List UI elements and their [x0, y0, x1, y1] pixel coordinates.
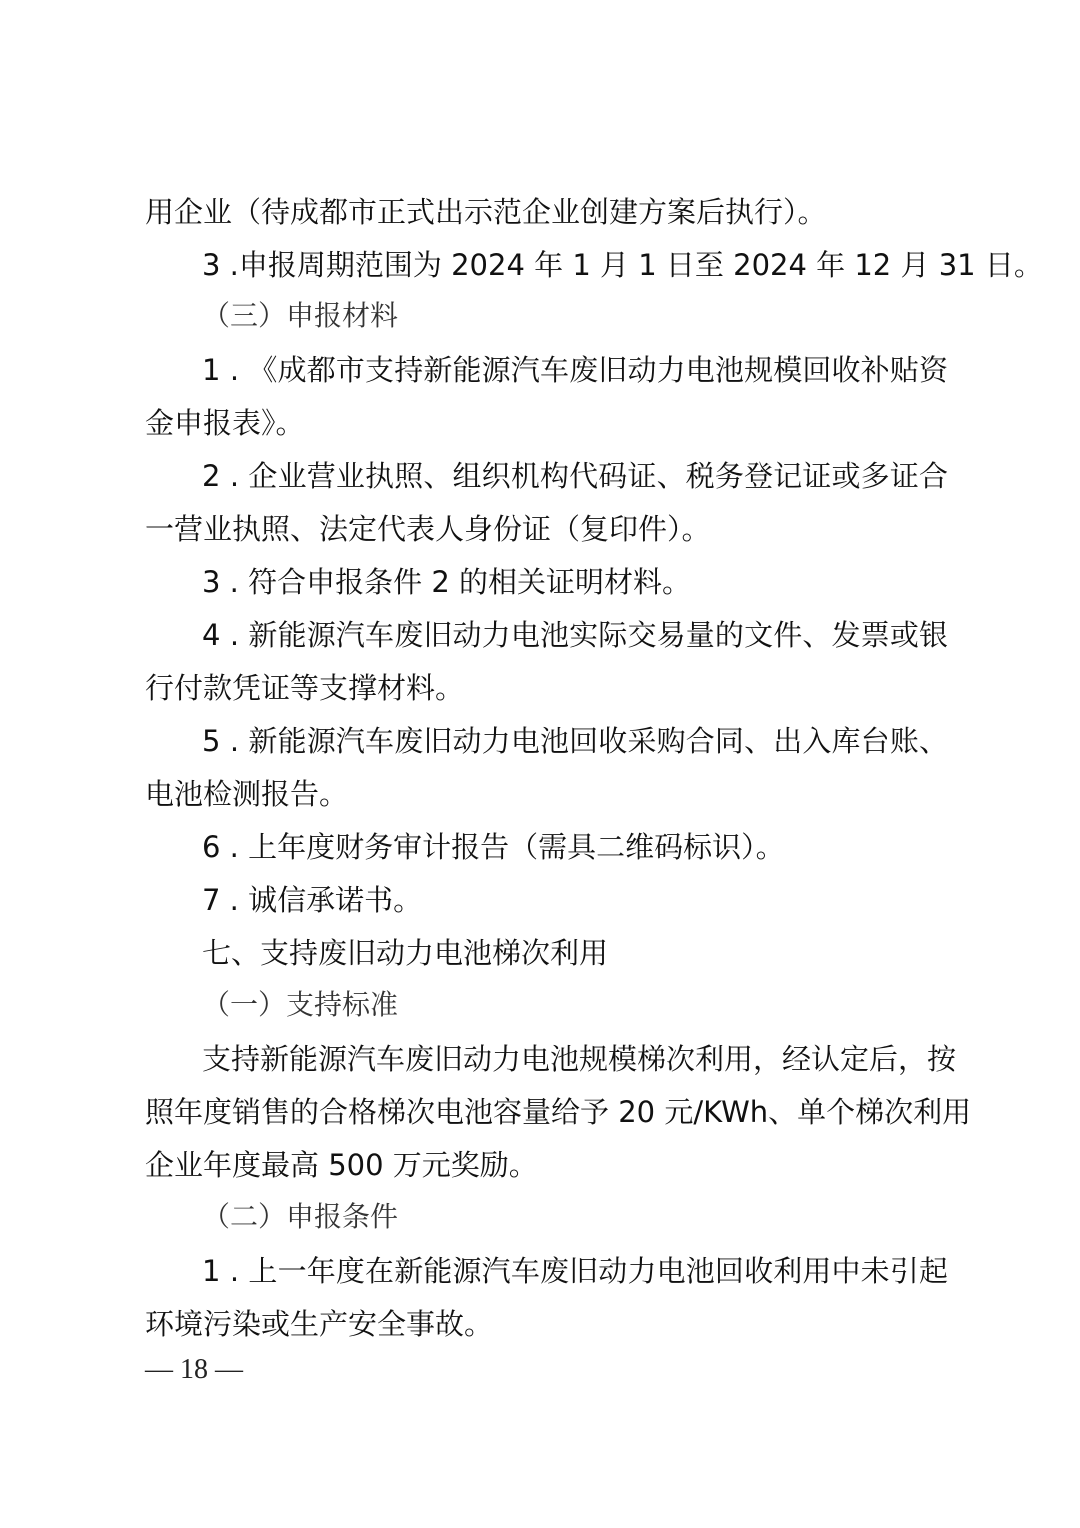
condition-item-1: 1 . 上一年度在新能源汽车废旧动力电池回收利用中未引起 — [202, 1251, 948, 1291]
page-number: — 18 — — [145, 1350, 243, 1390]
material-item-1: 1 . 《成都市支持新能源汽车废旧动力电池规模回收补贴资 — [202, 350, 948, 390]
material-item-4: 4 . 新能源汽车废旧动力电池实际交易量的文件、发票或银 — [202, 615, 948, 655]
section-heading-materials: （三）申报材料 — [202, 297, 1007, 337]
material-item-6: 6 . 上年度财务审计报告（需具二维码标识）。 — [202, 827, 1007, 867]
material-item-2-cont: 一营业执照、法定代表人身份证（复印件）。 — [145, 509, 950, 549]
material-item-5: 5 . 新能源汽车废旧动力电池回收采购合同、出入库台账、 — [202, 721, 948, 761]
condition-item-1-cont: 环境污染或生产安全事故。 — [145, 1304, 950, 1344]
material-item-4-cont: 行付款凭证等支撑材料。 — [145, 668, 950, 708]
reporting-period-item: 3 .申报周期范围为 2024 年 1 月 1 日至 2024 年 12 月 3… — [202, 245, 1007, 285]
material-item-2: 2 . 企业营业执照、组织机构代码证、税务登记证或多证合 — [202, 456, 948, 496]
material-item-3: 3 . 符合申报条件 2 的相关证明材料。 — [202, 562, 1007, 602]
material-item-5-cont: 电池检测报告。 — [145, 774, 950, 814]
standard-paragraph-line-1: 支持新能源汽车废旧动力电池规模梯次利用，经认定后，按 — [202, 1039, 948, 1079]
subsection-heading-standard: （一）支持标准 — [202, 986, 1007, 1026]
material-item-1-cont: 金申报表》。 — [145, 403, 950, 443]
standard-paragraph-line-2: 照年度销售的合格梯次电池容量给予 20 元/KWh、单个梯次利用 — [145, 1092, 948, 1132]
material-item-7: 7 . 诚信承诺书。 — [202, 880, 1007, 920]
standard-paragraph-line-3: 企业年度最高 500 万元奖励。 — [145, 1145, 950, 1185]
document-page: 用企业（待成都市正式出示范企业创建方案后执行）。 3 .申报周期范围为 2024… — [0, 0, 1080, 1528]
subsection-heading-conditions: （二）申报条件 — [202, 1198, 1007, 1238]
section-heading-7: 七、支持废旧动力电池梯次利用 — [202, 933, 1007, 973]
paragraph-line: 用企业（待成都市正式出示范企业创建方案后执行）。 — [145, 192, 950, 232]
